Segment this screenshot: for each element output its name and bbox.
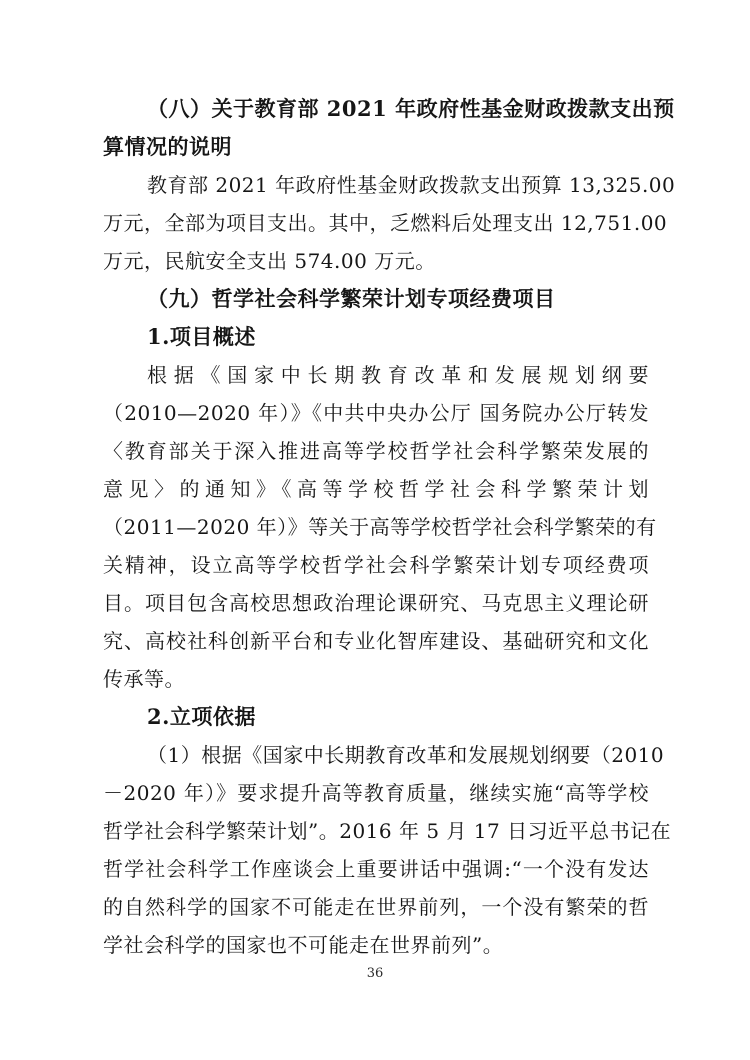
text-line: 关精神，设立高等学校哲学社会科学繁荣计划专项经费项 xyxy=(103,546,649,584)
text-line: 教育部 2021 年政府性基金财政拨款支出预算 13,325.00 xyxy=(103,166,649,204)
text-line: 的自然科学的国家不可能走在世界前列，一个没有繁荣的哲 xyxy=(103,888,649,926)
text-line: 目。项目包含高校思想政治理论课研究、马克思主义理论研 xyxy=(103,584,649,622)
text-line: 1.项目概述 xyxy=(103,318,649,356)
page-footer: 36 xyxy=(0,966,750,981)
text-line: 哲学社会科学繁荣计划”。2016 年 5 月 17 日习近平总书记在 xyxy=(103,812,649,850)
text-line: 传承等。 xyxy=(103,660,649,698)
para-project-basis: （1）根据《国家中长期教育改革和发展规划纲要（2010－2020 年）》要求提升… xyxy=(103,736,649,964)
text-line: （2011—2020 年）》等关于高等学校哲学社会科学繁荣的有 xyxy=(103,508,649,546)
heading-1-project-overview: 1.项目概述 xyxy=(103,318,649,356)
text-line: 学社会科学的国家也不可能走在世界前列”。 xyxy=(103,926,649,964)
text-line: 2.立项依据 xyxy=(103,698,649,736)
para-section-8: 教育部 2021 年政府性基金财政拨款支出预算 13,325.00万元，全部为项… xyxy=(103,166,649,280)
text-line: 根据《国家中长期教育改革和发展规划纲要 xyxy=(103,356,649,394)
text-line: 意见〉的通知》《高等学校哲学社会科学繁荣计划 xyxy=(103,470,649,508)
text-line: （八）关于教育部 2021 年政府性基金财政拨款支出预 xyxy=(103,90,649,128)
heading-section-8: （八）关于教育部 2021 年政府性基金财政拨款支出预算情况的说明 xyxy=(103,90,649,166)
text-line: （1）根据《国家中长期教育改革和发展规划纲要（2010 xyxy=(103,736,649,774)
text-line: 究、高校社科创新平台和专业化智库建设、基础研究和文化 xyxy=(103,622,649,660)
document-page: （八）关于教育部 2021 年政府性基金财政拨款支出预算情况的说明教育部 202… xyxy=(0,0,750,1060)
heading-2-project-basis: 2.立项依据 xyxy=(103,698,649,736)
heading-section-9: （九）哲学社会科学繁荣计划专项经费项目 xyxy=(103,280,649,318)
text-line: 万元，全部为项目支出。其中，乏燃料后处理支出 12,751.00 xyxy=(103,204,649,242)
text-line: （九）哲学社会科学繁荣计划专项经费项目 xyxy=(103,280,649,318)
text-line: －2020 年）》要求提升高等教育质量，继续实施“高等学校 xyxy=(103,774,649,812)
text-body: （八）关于教育部 2021 年政府性基金财政拨款支出预算情况的说明教育部 202… xyxy=(103,90,649,964)
page-number: 36 xyxy=(367,966,384,981)
text-line: 哲学社会科学工作座谈会上重要讲话中强调:“一个没有发达 xyxy=(103,850,649,888)
para-project-overview: 根据《国家中长期教育改革和发展规划纲要（2010—2020 年）》《中共中央办公… xyxy=(103,356,649,698)
text-line: （2010—2020 年）》《中共中央办公厅 国务院办公厅转发 xyxy=(103,394,649,432)
text-line: 算情况的说明 xyxy=(103,128,649,166)
text-line: 〈教育部关于深入推进高等学校哲学社会科学繁荣发展的 xyxy=(103,432,649,470)
text-line: 万元，民航安全支出 574.00 万元。 xyxy=(103,242,649,280)
